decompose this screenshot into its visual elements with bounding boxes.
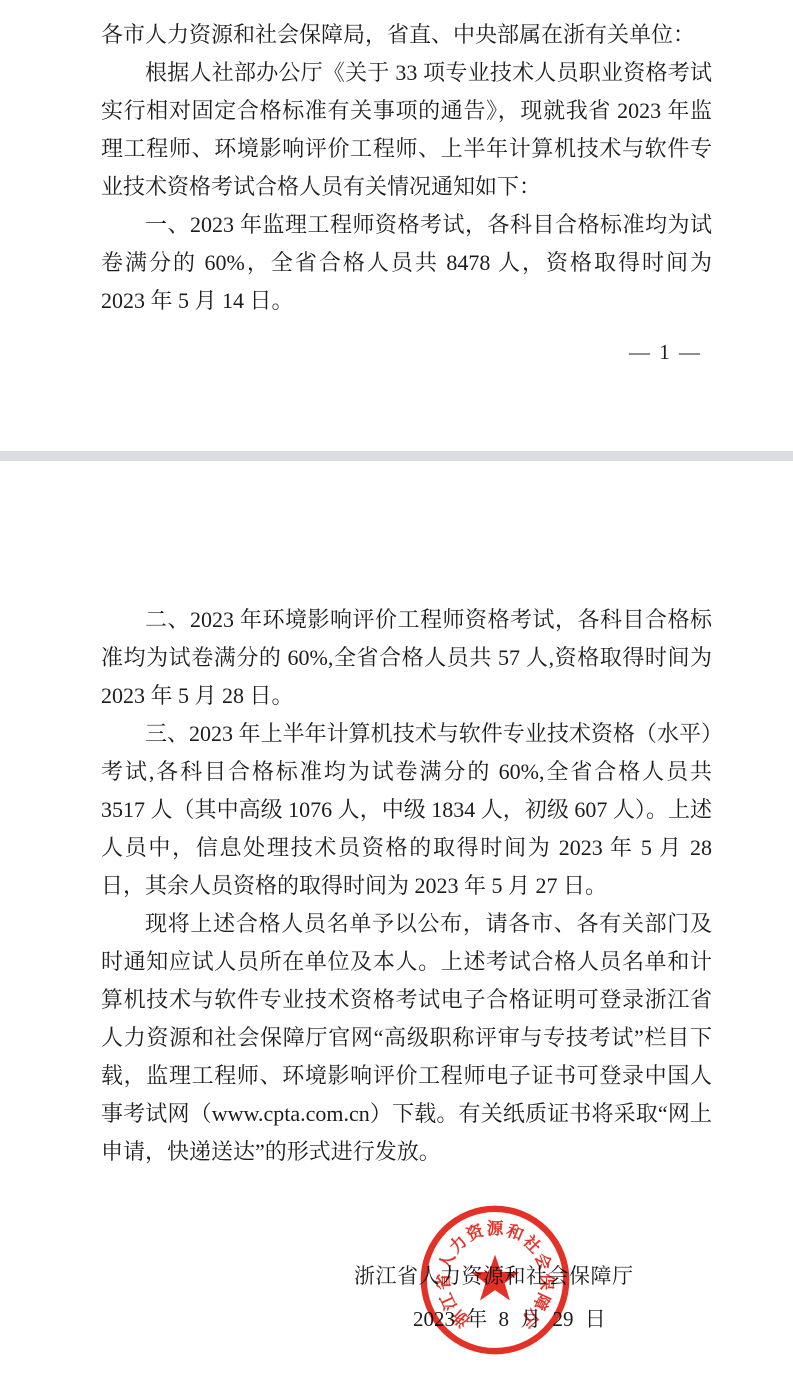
paragraph-intro: 根据人社部办公厅《关于 33 项专业技术人员职业资格考试实行相对固定合格标准有关… xyxy=(101,54,712,206)
svg-text:力: 力 xyxy=(445,1231,471,1257)
svg-text:源: 源 xyxy=(487,1218,504,1238)
document-viewer: { "document": { "page1": { "salutation":… xyxy=(0,0,793,1394)
paragraph-closing: 现将上述合格人员名单予以公布，请各市、各有关部门及时通知应试人员所在单位及本人。… xyxy=(101,905,712,1171)
signature-date: 2023 年 8 月 29 日 xyxy=(413,1303,606,1333)
salutation-line: 各市人力资源和社会保障局，省直、中央部属在浙有关单位： xyxy=(101,16,712,54)
page-divider xyxy=(0,451,793,461)
paragraph-section-1: 一、2023 年监理工程师资格考试，各科目合格标准均为试卷满分的 60%，全省合… xyxy=(101,206,712,320)
paragraph-section-2: 二、2023 年环境影响评价工程师资格考试，各科目合格标准均为试卷满分的 60%… xyxy=(101,601,712,715)
page-2-content: 二、2023 年环境影响评价工程师资格考试，各科目合格标准均为试卷满分的 60%… xyxy=(0,461,793,1171)
svg-text:社: 社 xyxy=(519,1230,546,1257)
page-2: 二、2023 年环境影响评价工程师资格考试，各科目合格标准均为试卷满分的 60%… xyxy=(0,461,793,1394)
paragraph-section-3: 三、2023 年上半年计算机技术与软件专业技术资格（水平）考试,各科目合格标准均… xyxy=(101,715,712,905)
page-1: 各市人力资源和社会保障局，省直、中央部属在浙有关单位： 根据人社部办公厅《关于 … xyxy=(0,0,793,451)
svg-text:和: 和 xyxy=(504,1221,527,1245)
svg-text:资: 资 xyxy=(463,1220,486,1245)
signature-org: 浙江省人力资源和社会保障厅 xyxy=(354,1260,634,1290)
page-number: — 1 — xyxy=(101,340,712,364)
page-1-content: 各市人力资源和社会保障局，省直、中央部属在浙有关单位： 根据人社部办公厅《关于 … xyxy=(0,0,793,364)
